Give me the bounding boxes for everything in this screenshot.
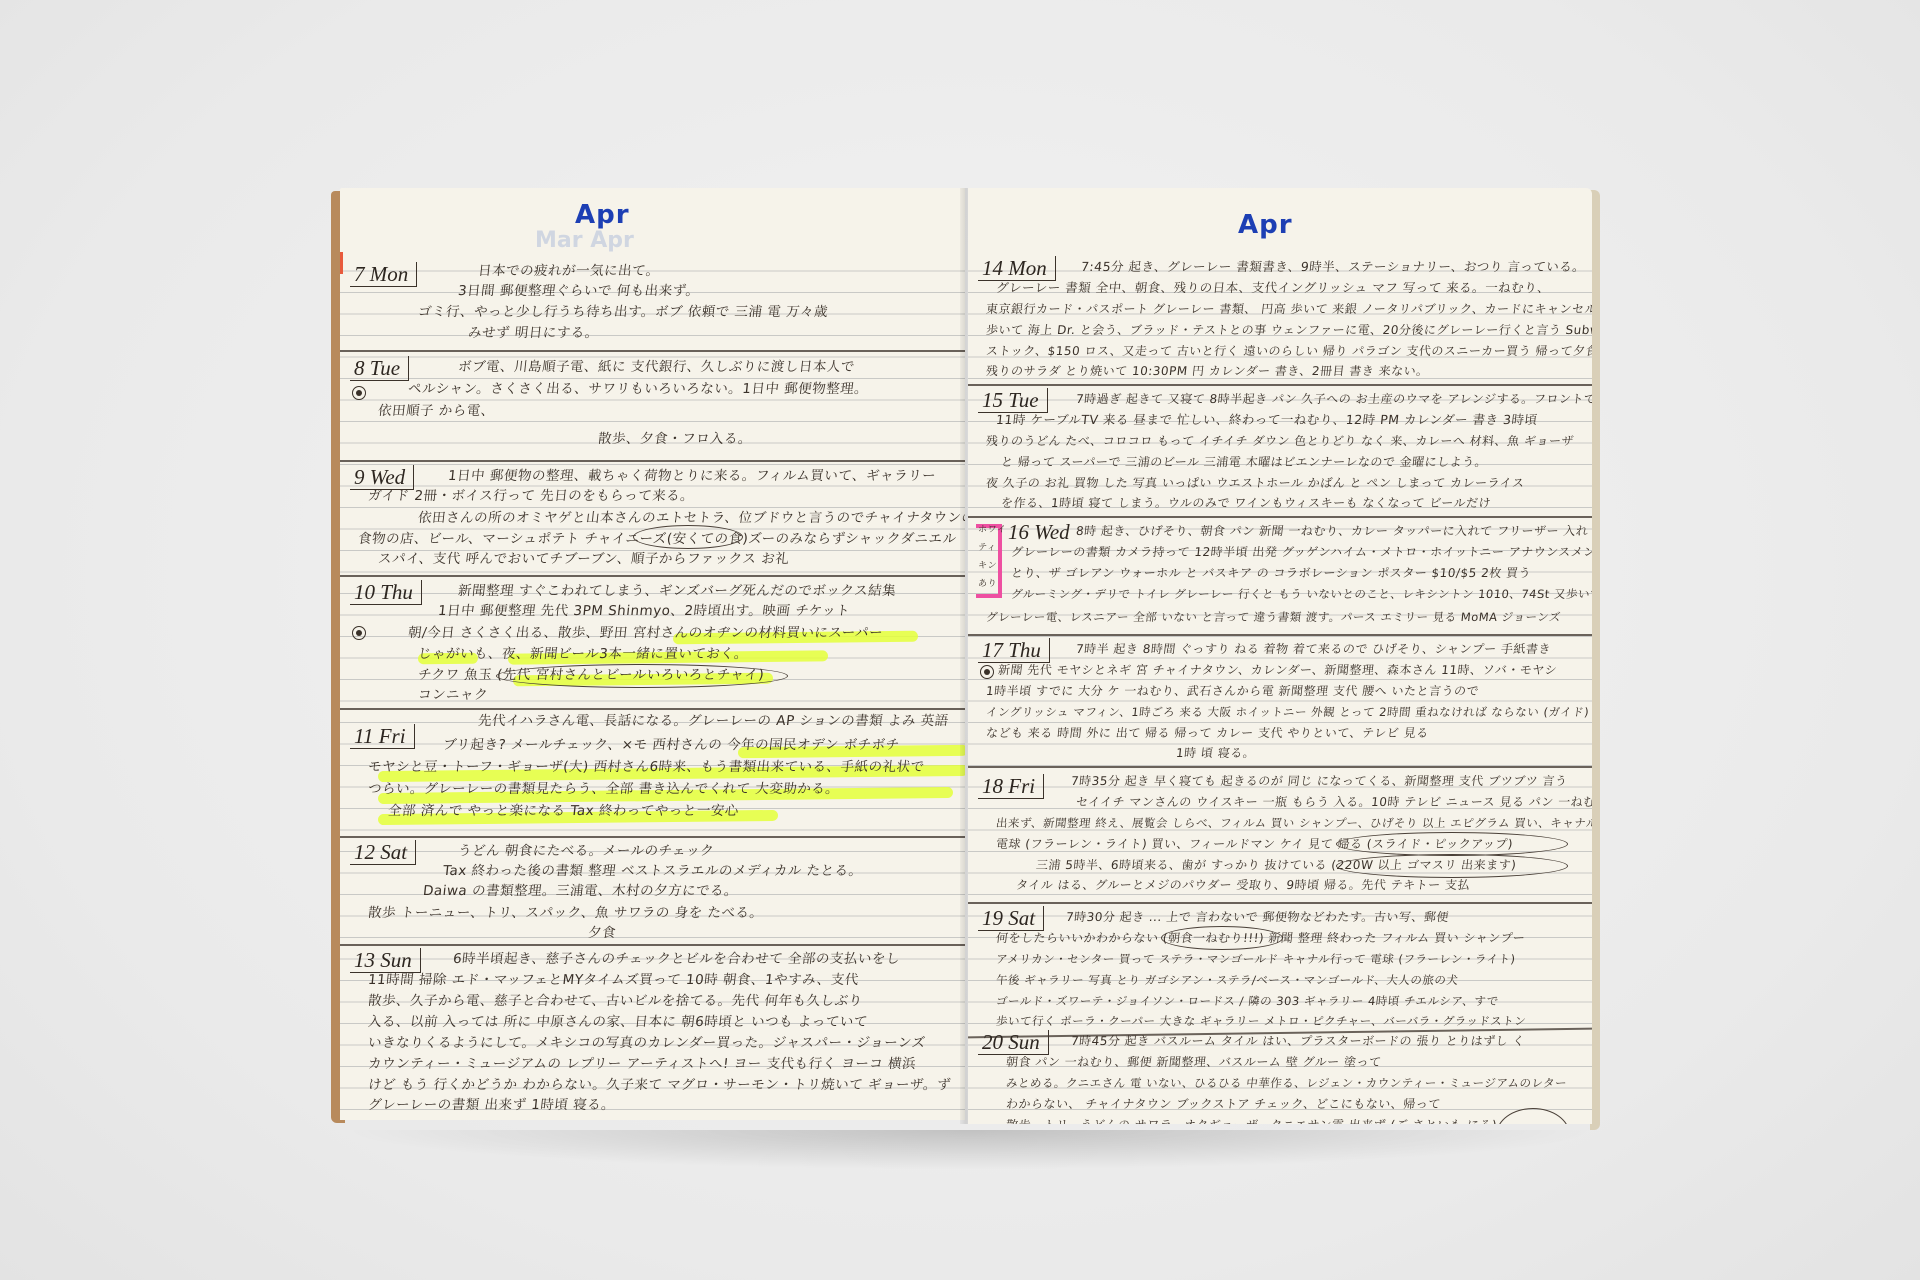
diary-entry-9: 9 Wed 1日中 郵便物の整理、載ちゃく荷物とりに来る。フィルム買いて、ギャラ… [348,465,955,575]
entry-line: みせず 明日にする。 [467,324,600,342]
entry-line: 1日中 郵便物の整理、載ちゃく荷物とりに来る。フィルム買いて、ギャラリー [447,467,937,485]
month-header: Apr [1238,210,1293,240]
diary-entry-18: 18 Fri 7時35分 起き 早く寝ても 起きるのが 同じ になってくる、新聞… [976,770,1582,898]
entry-line: 8時 起き、ひげそり、朝食 パン 新聞 一ねむり、カレー タッパーに入れて フリ… [1075,522,1589,540]
entry-line: タイル はる、グルーとメジのパウダー 受取り、9時頃 帰る。先代 テキトー 支払 [1015,876,1471,894]
entry-line: カウンティー・ミュージアムの レプリー アーティストへ! ヨー 支代も行く ヨー… [367,1055,917,1073]
entry-divider [968,902,1592,904]
left-page: Mar Apr Apr 7 Mon 日本での疲れが一気に出て。 3日間 郵便整理… [340,188,965,1120]
entry-line: 7時30分 起き ... 上で 言わないで 郵便物などわたす。古い写、郵便 [1065,908,1450,926]
entry-line: ゴミ行、やっと少し行うち待ち出す。ボブ 依頼で 三浦 電 万々歳 [417,303,829,321]
entry-line: 朝食 パン 一ねむり、郵便 新聞整理、バスルーム 壁 グルー 塗って [1005,1053,1382,1071]
day-label: 11 Fri [350,724,415,749]
day-label: 14 Mon [978,256,1056,281]
entry-line: いきなりくるようにして。メキシコの写真のカレンダー買った。ジャスパー・ジョーンズ [367,1034,926,1052]
entry-line: 残りのうどん たべ、コロコロ もって イチイチ ダウン 色とりどり なく 来、カ… [985,432,1575,450]
entry-line: 歩いて 海上 Dr. と会う、ブラッド・テストとの事 ウェンファーに電、20分後… [985,321,1592,339]
bleed-through-month: Mar Apr [535,228,634,253]
entry-line: コンニャク [417,686,489,704]
circled-dot-mark-icon [352,626,366,640]
entry-line: 散歩、久子から電、慈子と合わせて、古いビルを捨てる。先代 何年も久しぶり [367,992,863,1010]
margin-note: ティ [977,540,997,556]
entry-line: 散歩、夕食・フロ入る。 [597,430,753,448]
entry-line: グレーレーの書類 出来ず 1時頃 寝る。 [367,1096,616,1114]
diary-entry-16: ホワイ ティ キン あり 16 Wed 8時 起き、ひげそり、朝食 パン 新聞 … [976,520,1582,632]
diary-entry-10: 10 Thu 新聞整理 すぐこわれてしまう、ギンズバーグ死んだのでボックス結集 … [348,580,955,704]
entry-line: ブリ起き? メールチェック、×モ 西村さんの 今年の国民オデン ボチボチ [442,736,901,754]
entry-divider [968,516,1592,518]
entry-divider [340,575,965,577]
entry-line: 7時35分 起き 早く寝ても 起きるのが 同じ になってくる、新聞整理 支代 ブ… [1070,772,1568,790]
entry-line: 1日中 郵便整理 先代 3PM Shinmyo、2時頃出す。映画 チケット [437,602,851,620]
entry-line: 何をしたらいいかわからない (朝食一ねむり!!!) 新聞 整理 終わった フィル… [995,929,1526,947]
entry-line: チクワ 魚玉 (先代 宮村さんとビールいろいろとチャイ) [417,666,765,684]
day-label: 16 Wed [1004,520,1078,544]
entry-line: 3日間 郵便整理ぐらいで 何も出来ず。 [457,282,700,300]
entry-divider [968,634,1592,636]
diary-entry-8: 8 Tue ボブ電、川島順子電、紙に 支代銀行、久しぶりに渡し日本人で ペルシャ… [348,356,955,456]
entry-divider [968,384,1592,386]
circled-dot-mark-icon [980,665,994,679]
diary-entry-11: 11 Fri 先代イハラさん電、長話になる。グレーレーの AP ションの書類 よ… [348,712,955,832]
entry-line: 残りのサラダ とり焼いて 10:30PM 円 カレンダー 書き、2冊目 書き 来… [985,362,1430,380]
entry-line: ストック、$150 ロス、又走って 古いと行く 遠いのらしい 帰り パラゴン 支… [985,342,1592,360]
entry-line: ゴールド・ズワーテ・ジョイソン・ロードス / 隣の 303 ギャラリー 4時頃 … [995,992,1500,1010]
entry-line: 夜 久子の お礼 買物 した 写真 いっぱい ウエストホール かばん と ペン … [985,474,1525,492]
entry-line: グレーレー 書類 全中、朝食、残りの日本、支代イングリッシュ マフ 写って 来る… [995,279,1551,297]
entry-line: みとめる。クニエさん 電 いない、ひるひる 中華作る、レジェン・カウンティー・ミ… [1005,1074,1568,1092]
entry-line: を作る、1時頃 寝て しまう。ウルのみで ワインもウィスキーも なくなって ビー… [1000,494,1492,512]
day-label: 10 Thu [350,580,422,605]
entry-divider [340,460,965,462]
diary-entry-19: 19 Sat 7時30分 起き ... 上で 言わないで 郵便物などわたす。古い… [976,906,1582,1034]
entry-line: イングリッシュ マフィン、1時ごろ 来る 大阪 ホイットニー 外観 とって 2時… [985,703,1590,721]
entry-line: 11時 ケーブルTV 来る 昼まで 忙しい、終わって一ねむり、12時 PM カレ… [995,411,1538,429]
entry-line: 午後 ギャラリー 写真 とり ガゴシアン・ステラ/ベース・マンゴールド、大人の旅… [995,971,1459,989]
entry-line: Daiwa の書類整理。三浦電、木村の夕方にでる。 [422,882,739,900]
day-label: 20 Sun [978,1030,1049,1055]
margin-note: ホワイ [977,522,1007,538]
entry-line: 朝/今日 さくさく出る、散歩、野田 宮村さんのオヂンの材料買いにスーパー [407,624,884,642]
entry-divider [340,350,965,352]
diary-entry-17: 17 Thu 7時半 起き 8時間 ぐっすり ねる 着物 着て来るので ひげそり… [976,638,1582,766]
entry-line: 1時半頃 すでに 大分 ケ 一ねむり、武石さんから電 新聞整理 支代 腰へ いた… [985,682,1480,700]
entry-line: モヤシと豆・トーフ・ギョーザ(大) 西村さん6時来、もう書類出来ている、手紙の礼… [367,758,926,776]
entry-line: なども 来る 時間 外に 出て 帰る 帰って カレー 支代 やりといて、テレビ … [985,724,1430,742]
day-label: 8 Tue [350,356,409,381]
entry-divider [340,944,965,946]
entry-line: グレーレーの書類 カメラ持って 12時半頃 出発 グッゲンハイム・メトロ・ホイッ… [1010,543,1592,561]
diary-entry-12: 12 Sat うどん 朝食にたべる。メールのチェック Tax 終わった後の書類 … [348,840,955,940]
diary-entry-13: 13 Sun 6時半頃起き、慈子さんのチェックとビルを合わせて 全部の支払いをし… [348,948,955,1118]
day-label: 7 Mon [350,262,417,287]
right-page: Apr 14 Mon 7:45分 起き、グレーレー 書類書き、9時半、ステーショ… [968,188,1592,1124]
entry-line: 日本での疲れが一気に出て。 [477,262,661,280]
entry-line: とり、ザ ゴレアン ウォーホル と バスキア の コラボレーション ポスター $… [1010,564,1532,582]
entry-line: 7時過ぎ 起きて 又寝て 8時半起き パン 久子への お土産のウマを アレンジす… [1075,390,1592,408]
diary-entry-14: 14 Mon 7:45分 起き、グレーレー 書類書き、9時半、ステーショナリー、… [976,256,1582,384]
diary-entry-7: 7 Mon 日本での疲れが一気に出て。 3日間 郵便整理ぐらいで 何も出来ず。 … [348,262,955,348]
entry-line: 11時間 掃除 エド・マッフェとMYタイムズ買って 10時 朝食、1やすみ、支代 [367,971,860,989]
margin-note: あり [977,576,998,592]
entry-line: アメリカン・センター 買って ステラ・マンゴールド キャナル行って 電球 (フラ… [995,950,1516,968]
circled-text-mark [1336,832,1568,856]
entry-divider [968,766,1592,768]
entry-line: 散歩、トリ、うどんの サワラ、オクギョーザ、クニエサン電 出来ず (ご さといも… [1005,1116,1498,1124]
red-margin-mark [340,252,343,274]
entry-line: けど もう 行くかどうか わからない。久子来て マグロ・サーモン・トリ焼いて ギ… [367,1076,952,1094]
entry-line: じゃがいも、夜、新聞ビール3本一緒に置いておく。 [417,645,749,663]
entry-line: 歩いて行く ポーラ・クーパー 大きな ギャラリー メトロ・ピクチャー、バーバラ・… [995,1012,1527,1030]
diary-entry-20: 20 Sun 7時45分 起き バスルーム タイル はい、プラスターボードの 張… [976,1030,1582,1124]
notebook-shadow [340,1130,1600,1170]
entry-line: グレーレー電、レスニアー 全部 いない と言って 違う書類 渡す。パース エミリ… [985,608,1562,626]
circled-dot-mark-icon [352,386,366,400]
entry-line: 7:45分 起き、グレーレー 書類書き、9時半、ステーショナリー、おつり 言って… [1080,258,1586,276]
entry-line: つらい。グレーレーの書類見たらう、全部 書き込んでくれて 大変助かる。 [367,780,840,798]
circled-text-mark [1336,854,1568,878]
day-label: 17 Thu [978,638,1050,663]
day-label: 18 Fri [978,774,1044,799]
entry-line: 入る、以前 入っては 所に 中原さんの家、日本に 朝6時頃と いつも よっていて [367,1013,869,1031]
entry-line: 出来ず、新聞整理 終え、展覧会 しらべ、フィルム 買い シャンプー、ひげそり 以… [995,814,1592,832]
entry-line: 全部 済んで やっと楽になる Tax 終わってやっと一安心 [387,802,740,820]
entry-line: 散歩 トーニュー、トリ、スパック、魚 サワラの 身を たべる。 [367,904,764,922]
circled-text-mark [1496,1108,1570,1124]
entry-line: わからない、 チャイナタウン ブックストア チェック、どこにもない、帰って [1005,1095,1442,1113]
entry-line: ボブ電、川島順子電、紙に 支代銀行、久しぶりに渡し日本人で [457,358,856,376]
entry-line: 依田順子 から電、 [377,402,496,420]
entry-line: ガイド 2冊・ボイス行って 先日のをもらって来る。 [367,487,695,505]
entry-line: グルーミング・デリで トイレ グレーレー 行くと もう いないとのこと、レキシン… [1010,585,1592,603]
entry-line: 7時半 起き 8時間 ぐっすり ねる 着物 着て来るので ひげそり、シャンプー … [1075,640,1552,658]
entry-line: Tax 終わった後の書類 整理 ベストスラエルのメディカル たとる。 [442,862,863,880]
margin-note: キン [977,558,998,574]
entry-line: うどん 朝食にたべる。メールのチェック [457,842,715,860]
day-label: 19 Sat [978,906,1044,931]
entry-divider [340,708,965,710]
diary-entry-15: 15 Tue 7時過ぎ 起きて 又寝て 8時半起き パン 久子への お土産のウマ… [976,388,1582,516]
entry-line: 東京銀行カード・パスポート グレーレー 書類、 円高 歩いて 来銀 ノータリパブ… [985,300,1592,318]
entry-line: 夕食 [587,924,617,942]
circled-text-mark [633,525,743,549]
entry-divider [340,836,965,838]
month-header: Apr [575,200,630,230]
day-label: 15 Tue [978,388,1048,413]
entry-line: 新聞 先代 モヤシとネギ 宮 チャイナタウン、カレンダー、新聞整理、森本さん 1… [997,661,1558,679]
entry-line: 7時45分 起き バスルーム タイル はい、プラスターボードの 張り とりはずし… [1070,1032,1526,1050]
day-label: 13 Sun [350,948,421,973]
entry-line: と 帰って スーパーで 三浦のビール 三浦電 木曜はビエンナーレなので 金曜にし… [1000,453,1488,471]
entry-line: 6時半頃起き、慈子さんのチェックとビルを合わせて 全部の支払いをし [452,950,901,968]
day-label: 12 Sat [350,840,416,865]
entry-line: 新聞整理 すぐこわれてしまう、ギンズバーグ死んだのでボックス結集 [457,582,897,600]
entry-line: 1時 頃 寝る。 [1175,744,1256,762]
entry-line: ペルシャン。さくさく出る、サワリもいろいろない。1日中 郵便物整理。 [407,380,869,398]
entry-line: 先代イハラさん電、長話になる。グレーレーの AP ションの書類 よみ 英語 [477,712,950,730]
entry-line: スパイ、支代 呼んでおいてチブーブン、順子からファックス お礼 [377,550,790,568]
entry-line: セイイチ マンさんの ウイスキー 一瓶 もらう 入る。10時 テレビ ニュース … [1075,793,1592,811]
